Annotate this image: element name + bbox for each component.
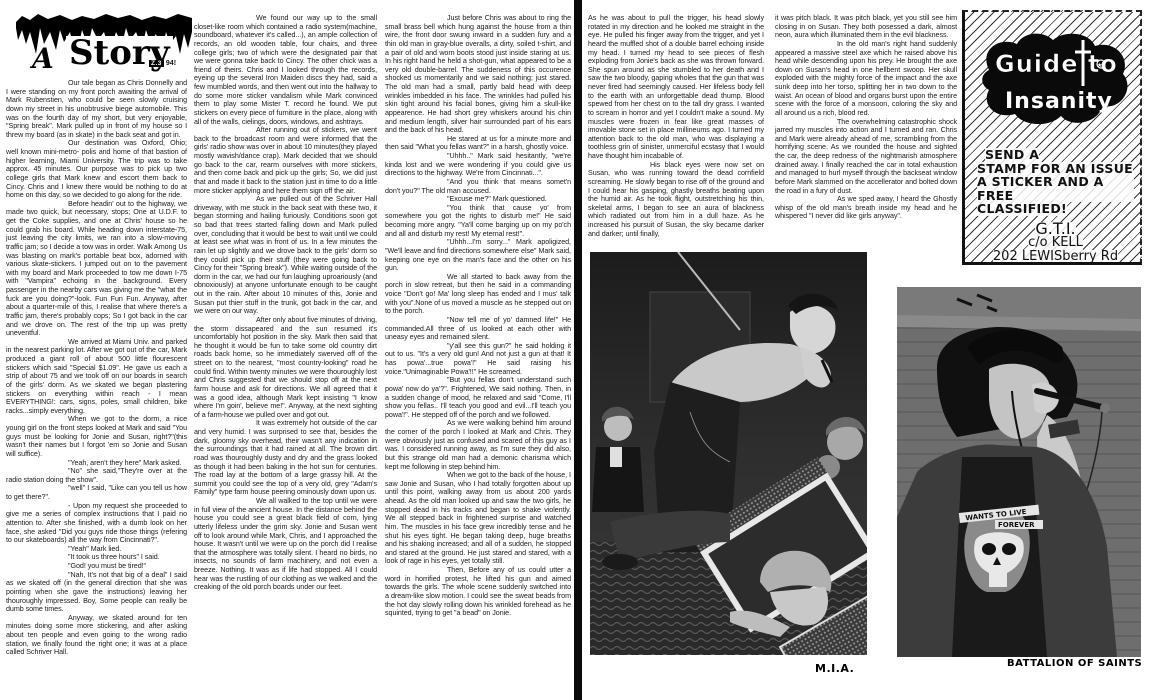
guide-to-insanity-ad: Guide to Insanity ★ ☆ SEND A STAMP FOR A… — [962, 10, 1142, 265]
story-column-4: As he was about to pull the trigger, his… — [588, 14, 764, 238]
story-paragraph: Our destination was Oxford, Ohio; well k… — [6, 139, 187, 199]
story-column-1: Our tale began as Chris Donnelly and I w… — [6, 79, 187, 657]
photo-caption-mia: M.I.A. — [815, 662, 854, 675]
ad-copy: SEND A STAMP FOR AN ISSUE A STICKER AND … — [977, 148, 1134, 265]
story-paragraph: We all walked to the top until we were i… — [194, 497, 377, 592]
story-paragraph: As we sped away, I heard the Ghostly whi… — [775, 195, 957, 221]
story-column-5: it was pitch black. It was pitch black, … — [775, 14, 957, 221]
ad-line: SEND A — [985, 148, 1039, 162]
ad-line: A STICKER AND A FREE — [977, 175, 1134, 202]
zine-code-box: Z.3 — [149, 60, 164, 67]
left-page: A Story Z.3 94! Our tale began as Chris … — [0, 0, 574, 700]
story-paragraph: When we got to the dorm, a nice young gi… — [6, 415, 187, 458]
story-paragraph: It was extremely hot outside of the car … — [194, 419, 377, 497]
story-paragraph: "Uhhh...I'm sorry..." Mark apoligized, "… — [385, 238, 571, 273]
story-paragraph: Before headin' out to the highway, we ma… — [6, 200, 187, 338]
photo-mia — [590, 252, 867, 655]
story-paragraph: "But you fellas don't understand such po… — [385, 376, 571, 419]
story-paragraph: "No" she said,"They're over at the radio… — [6, 467, 187, 484]
svg-text:★: ★ — [1097, 62, 1102, 69]
story-paragraph: As we pulled out of the Schriver Hall dr… — [194, 195, 377, 316]
ad-address-line: 202 LEWISberry Rd — [993, 250, 1118, 264]
title-prefix: A — [32, 42, 54, 75]
zine-code-number: 94! — [166, 60, 176, 67]
ad-address-line: c/o KELL — [1028, 236, 1083, 250]
photo-mia-image — [590, 252, 867, 655]
guide-to-insanity-logo: Guide to Insanity ★ ☆ — [979, 30, 1129, 130]
story-paragraph: it was pitch black. It was pitch black, … — [775, 14, 957, 40]
story-paragraph: "Uhhh.." Mark said hesitantly, "we're ki… — [385, 152, 571, 178]
story-paragraph: "Excuse me?" Mark questioned. — [385, 195, 571, 204]
story-paragraph: Then, Before any of us could utter a wor… — [385, 566, 571, 618]
ad-line: STAMP FOR AN ISSUE — [977, 162, 1133, 176]
svg-text:☆: ☆ — [1001, 41, 1008, 50]
shirt-text-2: FOREVER — [998, 521, 1035, 529]
story-paragraph: As he was about to pull the trigger, his… — [588, 14, 764, 161]
story-paragraph: "Nah, It's not that big of a deal" I sai… — [6, 571, 187, 614]
story-paragraph: We all started to back away from the por… — [385, 273, 571, 316]
story-paragraph: "y'all see this gun?" he said holding it… — [385, 342, 571, 377]
story-paragraph: When we got to the back of the house, I … — [385, 471, 571, 566]
photo-battalion-image: WANTS TO LIVE FOREVER — [897, 287, 1141, 657]
ad-line: CLASSIFIED! — [977, 202, 1067, 216]
story-paragraph: His black eyes were now set on Susan, wh… — [588, 161, 764, 239]
story-column-3: Just before Chris was about to ring the … — [385, 14, 571, 618]
ad-address-line: G.T.I. — [1035, 222, 1075, 236]
story-column-2: We found our way up to the small closet-… — [194, 14, 377, 592]
story-paragraph: "Yeah, aren't they here" Mark asked. — [6, 459, 187, 468]
story-paragraph: After only about five minutes of driving… — [194, 316, 377, 420]
story-paragraph: In the old man's right hand suddenly app… — [775, 40, 957, 118]
story-paragraph: He stared at us for a minute more and th… — [385, 135, 571, 152]
zine-code: Z.3 94! — [149, 60, 176, 67]
story-paragraph: We found our way up to the small closet-… — [194, 14, 377, 126]
story-paragraph: After running out of stickers, we went b… — [194, 126, 377, 195]
story-paragraph: - Upon my request she proceeded to give … — [6, 502, 187, 545]
story-paragraph: "well" I said, "Like can you tell us how… — [6, 484, 187, 501]
story-paragraph: As we were walking behind him around the… — [385, 419, 571, 471]
story-paragraph: The overwhelming catastrophic shock jarr… — [775, 118, 957, 196]
story-paragraph: "You think that cause yo' from somewhere… — [385, 204, 571, 239]
ad-address-line: New Cumberland Pa — [990, 264, 1122, 266]
story-paragraph: "Yeah" Mark lied. — [6, 545, 187, 554]
story-paragraph: "Now tell me of yo' damned life!" He com… — [385, 316, 571, 342]
page-gutter — [574, 0, 582, 700]
story-paragraph: We arrived at Miami Univ. and parked in … — [6, 338, 187, 416]
story-paragraph: "And you think that means somet'n don't … — [385, 178, 571, 195]
story-paragraph: Anyway, we skated around for ten minutes… — [6, 614, 187, 657]
photo-caption-battalion-of-saints: BATTALION OF SAINTS — [1007, 658, 1142, 669]
ad-address: G.T.I. c/o KELL 202 LEWISberry Rd New Cu… — [977, 222, 1134, 266]
story-paragraph: Our tale began as Chris Donnelly and I w… — [6, 79, 187, 139]
story-paragraph: Just before Chris was about to ring the … — [385, 14, 571, 135]
photo-battalion-of-saints: WANTS TO LIVE FOREVER — [897, 287, 1141, 657]
story-paragraph: "It took us three hours" I said. — [6, 553, 187, 562]
svg-text:Insanity: Insanity — [1005, 89, 1113, 114]
story-masthead: A Story Z.3 94! — [4, 4, 194, 82]
story-paragraph: "God! you must be tired!" — [6, 562, 187, 571]
